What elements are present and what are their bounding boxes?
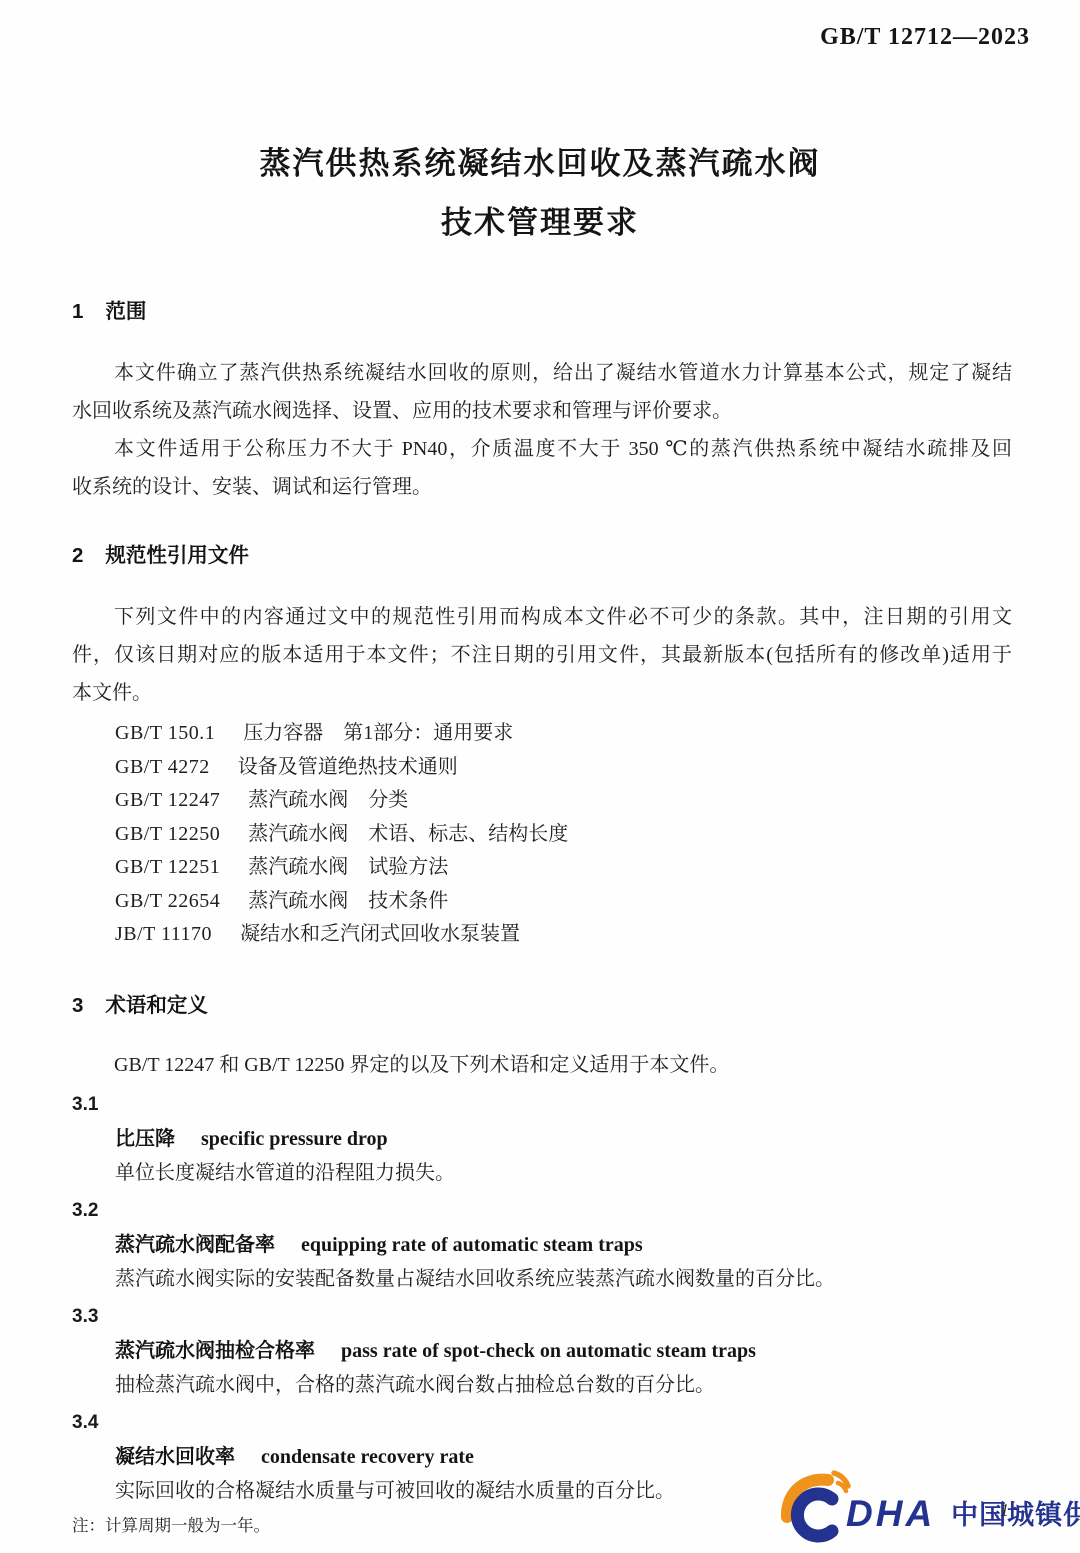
term-chinese: 蒸汽疏水阀抽检合格率 — [115, 1340, 315, 1362]
paragraph-line: 本文件。 — [72, 674, 1012, 712]
reference-code: JB/T 11170 — [115, 923, 212, 945]
reference-title: 蒸汽疏水阀 分类 — [248, 789, 408, 811]
section-1-number: 1 — [72, 300, 83, 323]
section-1-title: 范围 — [105, 300, 146, 323]
reference-code: GB/T 22654 — [115, 890, 220, 912]
term-english: specific pressure drop — [201, 1128, 388, 1150]
term-chinese: 比压降 — [115, 1128, 175, 1150]
document-page: GB/T 12712—2023 蒸汽供热系统凝结水回收及蒸汽疏水阀 技术管理要求… — [0, 0, 1080, 1553]
paragraph-line: 水回收系统及蒸汽疏水阀选择、设置、应用的技术要求和管理与评价要求。 — [72, 392, 1012, 430]
reference-code: GB/T 12251 — [115, 856, 220, 878]
normative-references-list: GB/T 150.1压力容器 第1部分：通用要求 GB/T 4272设备及管道绝… — [72, 717, 1012, 952]
reference-title: 蒸汽疏水阀 术语、标志、结构长度 — [248, 823, 568, 845]
paragraph-line: 收系统的设计、安装、调试和运行管理。 — [72, 468, 1012, 506]
term-english: pass rate of spot-check on automatic ste… — [341, 1340, 756, 1362]
section-3-heading: 3术语和定义 — [72, 992, 1012, 1020]
reference-title: 压力容器 第1部分：通用要求 — [243, 722, 513, 744]
paragraph-line: 本文件确立了蒸汽供热系统凝结水回收的原则，给出了凝结水管道水力计算基本公式，规定… — [72, 354, 1012, 392]
term-definition: 抽检蒸汽疏水阀中，合格的蒸汽疏水阀台数占抽检总台数的百分比。 — [72, 1368, 1012, 1402]
page-number: 1 — [1000, 1500, 1009, 1521]
paragraph-line: 本文件适用于公称压力不大于 PN40，介质温度不大于 350 ℃的蒸汽供热系统中… — [72, 430, 1012, 468]
association-logo: DHA 中国城镇供热协会 — [780, 1462, 1080, 1548]
reference-title: 设备及管道绝热技术通则 — [238, 756, 458, 778]
reference-title: 凝结水和乏汽闭式回收水泵装置 — [240, 923, 520, 945]
standard-number: GB/T 12712—2023 — [820, 24, 1030, 51]
clause-number: 3.1 — [72, 1088, 1012, 1122]
section-1-heading: 1范围 — [72, 298, 1012, 326]
reference-code: GB/T 150.1 — [115, 722, 215, 744]
term-definition: 蒸汽疏水阀实际的安装配备数量占凝结水回收系统应装蒸汽疏水阀数量的百分比。 — [72, 1262, 1012, 1296]
reference-item: GB/T 4272设备及管道绝热技术通则 — [72, 751, 1012, 785]
term-definition: 单位长度凝结水管道的沿程阻力损失。 — [72, 1156, 1012, 1190]
term-entry: 蒸汽疏水阀抽检合格率pass rate of spot-check on aut… — [72, 1334, 1012, 1368]
term-entry: 蒸汽疏水阀配备率equipping rate of automatic stea… — [72, 1228, 1012, 1262]
clause-number: 3.4 — [72, 1406, 1012, 1440]
clause-number: 3.3 — [72, 1300, 1012, 1334]
section-3-number: 3 — [72, 994, 83, 1017]
term-chinese: 蒸汽疏水阀配备率 — [115, 1234, 275, 1256]
paragraph-line: 件，仅该日期对应的版本适用于本文件；不注日期的引用文件，其最新版本(包括所有的修… — [72, 636, 1012, 674]
document-title-line2: 技术管理要求 — [0, 197, 1080, 242]
term-english: equipping rate of automatic steam traps — [301, 1234, 643, 1256]
section-2-number: 2 — [72, 544, 83, 567]
terms-intro: GB/T 12247 和 GB/T 12250 界定的以及下列术语和定义适用于本… — [72, 1046, 1012, 1084]
term-entry: 比压降specific pressure drop — [72, 1122, 1012, 1156]
clause-number: 3.2 — [72, 1194, 1012, 1228]
reference-code: GB/T 4272 — [115, 756, 210, 778]
reference-item: GB/T 150.1压力容器 第1部分：通用要求 — [72, 717, 1012, 751]
reference-code: GB/T 12247 — [115, 789, 220, 811]
section-3-title: 术语和定义 — [105, 994, 208, 1017]
logo-abbreviation: DHA — [846, 1493, 935, 1535]
reference-item: GB/T 12251蒸汽疏水阀 试验方法 — [72, 851, 1012, 885]
reference-item: GB/T 12247蒸汽疏水阀 分类 — [72, 784, 1012, 818]
reference-title: 蒸汽疏水阀 试验方法 — [248, 856, 448, 878]
reference-item: GB/T 22654蒸汽疏水阀 技术条件 — [72, 885, 1012, 919]
section-2-heading: 2规范性引用文件 — [72, 542, 1012, 570]
reference-code: GB/T 12250 — [115, 823, 220, 845]
reference-item: JB/T 11170凝结水和乏汽闭式回收水泵装置 — [72, 918, 1012, 952]
term-chinese: 凝结水回收率 — [115, 1446, 235, 1468]
document-body: 1范围 本文件确立了蒸汽供热系统凝结水回收的原则，给出了凝结水管道水力计算基本公… — [72, 298, 1012, 1541]
dha-logo-icon — [780, 1463, 854, 1547]
reference-item: GB/T 12250蒸汽疏水阀 术语、标志、结构长度 — [72, 818, 1012, 852]
paragraph-line: 下列文件中的内容通过文中的规范性引用而构成本文件必不可少的条款。其中，注日期的引… — [72, 598, 1012, 636]
term-english: condensate recovery rate — [261, 1446, 474, 1468]
association-name: 中国城镇供热协会 — [951, 1493, 1080, 1532]
document-title-line1: 蒸汽供热系统凝结水回收及蒸汽疏水阀 — [0, 138, 1080, 183]
section-2-title: 规范性引用文件 — [105, 544, 249, 567]
reference-title: 蒸汽疏水阀 技术条件 — [248, 890, 448, 912]
